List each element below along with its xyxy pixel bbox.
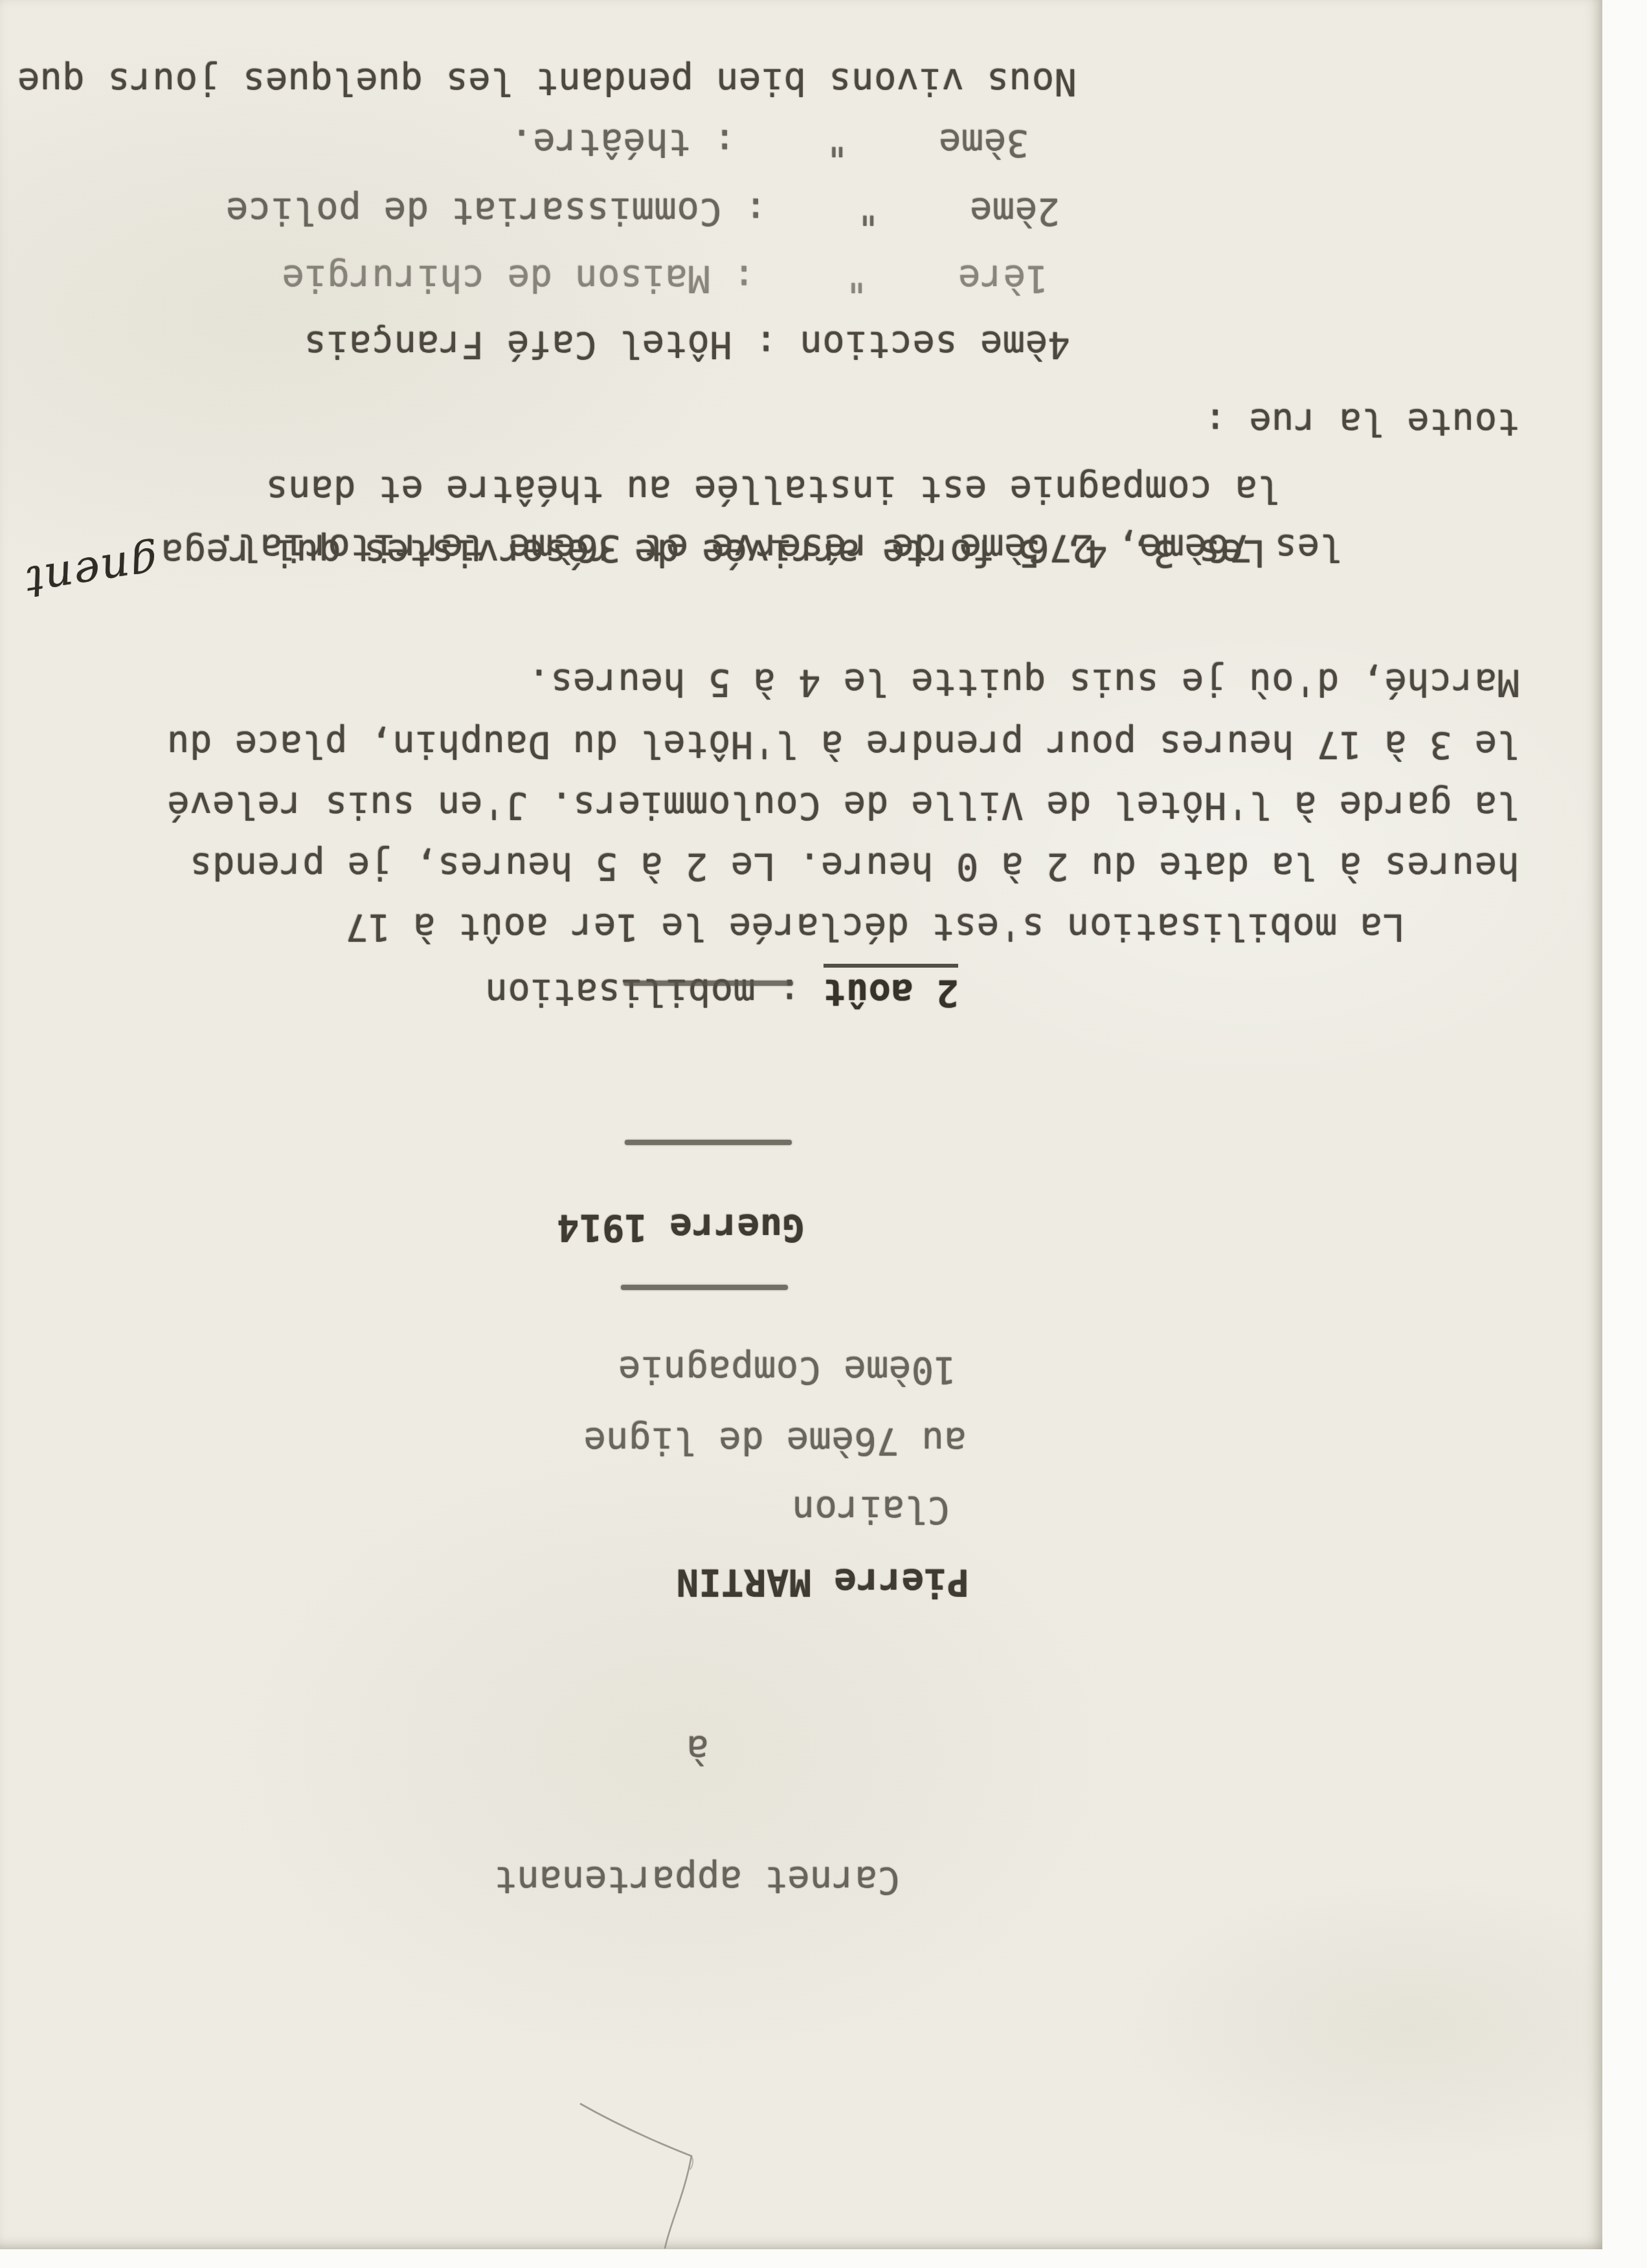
scan-background-right <box>1602 0 1647 2268</box>
typed-dash-rule-middle <box>625 1140 792 1145</box>
upside-down-page-content: Carnet appartenant à Pierre MARTIN Clair… <box>0 0 1602 2249</box>
scan-background-bottom <box>0 2249 1647 2268</box>
typed-dash-rule-top <box>621 1285 788 1290</box>
section-billet-row: 3ème " : théâtre. <box>510 122 1029 162</box>
war-title: Guerre 1914 <box>557 1206 805 1247</box>
paragraph1-line: la garde à l'Hôtel de Ville de Coulommie… <box>167 784 1519 825</box>
cover-regiment-line: au 76ème de ligne <box>583 1420 967 1461</box>
section-billet-row: 1ère " : Maison de chirurgie <box>282 258 1048 298</box>
closing-line: Nous vivons bien pendant les quelques jo… <box>17 61 1077 102</box>
paragraph1-line: La mobilisation s'est déclarée le 1er ao… <box>346 906 1405 947</box>
handwritten-margin-note: gnent <box>21 537 162 606</box>
cover-carnet-line: Carnet appartenant <box>494 1859 900 1900</box>
cover-company-line: 10ème Compagnie <box>618 1349 956 1390</box>
entry-word: mobilisation <box>485 971 756 1014</box>
cover-owner-name: Pierre MARTIN <box>676 1561 969 1602</box>
paragraph1-line: le 3 à 17 heures pour prendre à l'Hôtel … <box>167 724 1519 764</box>
paragraph1-line: heures à la date du 2 à 0 heure. Le 2 à … <box>190 845 1519 886</box>
paragraph3-line: la compagnie est installée au théâtre et… <box>265 469 1280 509</box>
paragraph1-line: Marché, d'où je suis quitte le 4 à 5 heu… <box>528 661 1519 702</box>
entry-separator: : <box>756 971 823 1014</box>
paper-sheet: Carnet appartenant à Pierre MARTIN Clair… <box>0 0 1602 2249</box>
paragraph3-line: toute la rue : <box>1204 401 1519 442</box>
cover-role-line: Clairon <box>792 1489 950 1529</box>
section-billet-row: 2ème " : Commissariat de police <box>226 190 1060 231</box>
entry-heading: 2 août : mobilisation <box>485 931 1139 1053</box>
section-billet-row: 4ème section : Hôtel Café Français <box>304 324 1070 364</box>
cover-a-line: à <box>686 1728 709 1769</box>
entry-date-underlined: 2 août <box>823 964 959 1014</box>
scanned-document: Carnet appartenant à Pierre MARTIN Clair… <box>0 0 1647 2268</box>
paragraph2-line: les 76ème, 276ème de réserve et 36ème te… <box>215 527 1342 568</box>
typed-dash-rule-bottom <box>623 981 793 986</box>
